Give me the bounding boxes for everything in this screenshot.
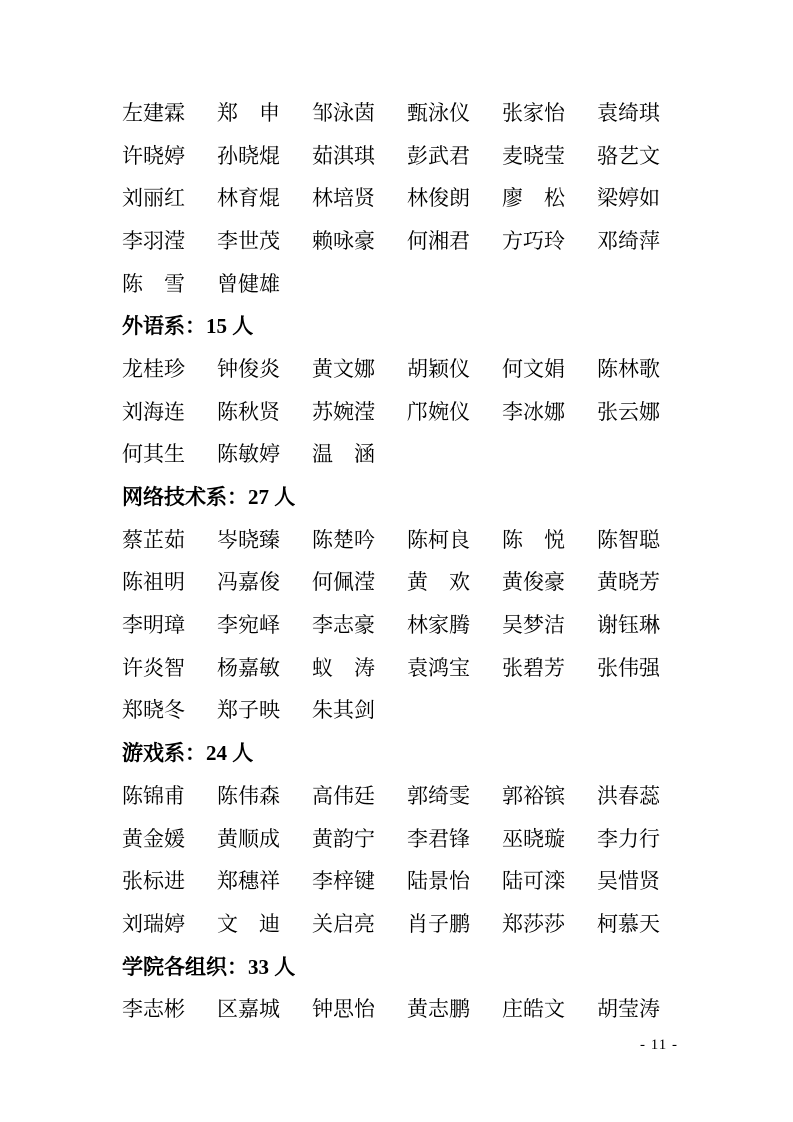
person-name: 钟俊炎 [217, 359, 280, 380]
person-name: 高伟廷 [312, 786, 375, 807]
person-name: 茹淇琪 [312, 146, 375, 167]
person-name: 关启亮 [312, 914, 375, 935]
person-name: 何湘君 [407, 231, 470, 252]
person-name: 袁绮琪 [597, 103, 660, 124]
name-row: 刘丽红林育焜林培贤林俊朗廖 松梁婷如 [122, 177, 682, 220]
person-name: 张伟强 [597, 658, 660, 679]
name-row: 刘海连陈秋贤苏婉滢邝婉仪李冰娜张云娜 [122, 391, 682, 434]
person-name: 区嘉城 [217, 999, 280, 1020]
person-name: 郭裕镔 [502, 786, 565, 807]
person-name: 李志豪 [312, 615, 375, 636]
person-name: 麦晓莹 [502, 146, 565, 167]
person-name: 陈祖明 [122, 572, 185, 593]
person-name: 郑子映 [217, 700, 280, 721]
name-row: 左建霖郑 申邹泳茵甄泳仪张家怡袁绮琪 [122, 92, 682, 135]
person-name: 林培贤 [312, 188, 375, 209]
person-name: 邓绮萍 [597, 231, 660, 252]
person-name: 李力行 [597, 829, 660, 850]
person-name: 何文娟 [502, 359, 565, 380]
person-name: 张标进 [122, 871, 185, 892]
person-name: 许炎智 [122, 658, 185, 679]
person-name: 李冰娜 [502, 402, 565, 423]
person-name: 黄晓芳 [597, 572, 660, 593]
person-name: 蚁 涛 [312, 658, 375, 679]
name-row: 龙桂珍钟俊炎黄文娜胡颖仪何文娟陈林歌 [122, 348, 682, 391]
person-name: 陆景怡 [407, 871, 470, 892]
person-name: 胡莹涛 [597, 999, 660, 1020]
name-row: 黄金媛黄顺成黄韵宁李君锋巫晓璇李力行 [122, 818, 682, 861]
section-header-line: 游戏系：24 人 [122, 732, 682, 775]
person-name: 黄志鹏 [407, 999, 470, 1020]
person-name: 许晓婷 [122, 146, 185, 167]
person-name: 庄皓文 [502, 999, 565, 1020]
person-name: 张云娜 [597, 402, 660, 423]
person-name: 钟思怡 [312, 999, 375, 1020]
name-row: 陈祖明冯嘉俊何佩滢黄 欢黄俊豪黄晓芳 [122, 562, 682, 605]
person-name: 廖 松 [502, 188, 565, 209]
person-name: 刘海连 [122, 402, 185, 423]
person-name: 柯慕天 [597, 914, 660, 935]
person-name: 李明璋 [122, 615, 185, 636]
person-name: 肖子鹏 [407, 914, 470, 935]
person-name: 郑穗祥 [217, 871, 280, 892]
person-name: 郑晓冬 [122, 700, 185, 721]
person-name: 黄俊豪 [502, 572, 565, 593]
person-name: 曾健雄 [217, 274, 280, 295]
person-name: 陈敏婷 [217, 444, 280, 465]
person-name: 陆可滦 [502, 871, 565, 892]
name-row: 陈 雪曾健雄 [122, 263, 682, 306]
person-name: 龙桂珍 [122, 359, 185, 380]
person-name: 张家怡 [502, 103, 565, 124]
section-header: 学院各组织：33 人 [122, 957, 295, 978]
name-row: 郑晓冬郑子映朱其剑 [122, 690, 682, 733]
person-name: 洪春蕊 [597, 786, 660, 807]
person-name: 林家腾 [407, 615, 470, 636]
name-row: 张标进郑穗祥李梓键陆景怡陆可滦吴惜贤 [122, 860, 682, 903]
name-row: 许晓婷孙晓焜茹淇琪彭武君麦晓莹骆艺文 [122, 135, 682, 178]
name-row: 李羽滢李世茂赖咏豪何湘君方巧玲邓绮萍 [122, 220, 682, 263]
person-name: 陈 雪 [122, 274, 185, 295]
person-name: 甄泳仪 [407, 103, 470, 124]
name-row: 何其生陈敏婷温 涵 [122, 434, 682, 477]
person-name: 吴梦洁 [502, 615, 565, 636]
person-name: 陈秋贤 [217, 402, 280, 423]
person-name: 刘丽红 [122, 188, 185, 209]
section-header: 网络技术系：27 人 [122, 487, 295, 508]
person-name: 杨嘉敏 [217, 658, 280, 679]
person-name: 文 迪 [217, 914, 280, 935]
person-name: 陈 悦 [502, 530, 565, 551]
person-name: 李志彬 [122, 999, 185, 1020]
person-name: 李君锋 [407, 829, 470, 850]
page-number: - 11 - [640, 1038, 678, 1053]
person-name: 温 涵 [312, 444, 375, 465]
person-name: 李羽滢 [122, 231, 185, 252]
person-name: 李世茂 [217, 231, 280, 252]
person-name: 胡颖仪 [407, 359, 470, 380]
person-name: 苏婉滢 [312, 402, 375, 423]
section-header-line: 网络技术系：27 人 [122, 476, 682, 519]
person-name: 邝婉仪 [407, 402, 470, 423]
person-name: 李梓键 [312, 871, 375, 892]
person-name: 吴惜贤 [597, 871, 660, 892]
person-name: 陈楚吟 [312, 530, 375, 551]
person-name: 黄 欢 [407, 572, 470, 593]
person-name: 黄金媛 [122, 829, 185, 850]
person-name: 黄顺成 [217, 829, 280, 850]
name-row: 李志彬区嘉城钟思怡黄志鹏庄皓文胡莹涛 [122, 988, 682, 1031]
person-name: 郑莎莎 [502, 914, 565, 935]
person-name: 蔡芷茹 [122, 530, 185, 551]
person-name: 李宛峄 [217, 615, 280, 636]
person-name: 刘瑞婷 [122, 914, 185, 935]
section-header-line: 外语系：15 人 [122, 305, 682, 348]
person-name: 陈林歌 [597, 359, 660, 380]
person-name: 梁婷如 [597, 188, 660, 209]
name-row: 刘瑞婷文 迪关启亮肖子鹏郑莎莎柯慕天 [122, 903, 682, 946]
person-name: 陈智聪 [597, 530, 660, 551]
person-name: 何其生 [122, 444, 185, 465]
person-name: 赖咏豪 [312, 231, 375, 252]
person-name: 陈柯良 [407, 530, 470, 551]
person-name: 黄文娜 [312, 359, 375, 380]
person-name: 彭武君 [407, 146, 470, 167]
person-name: 巫晓璇 [502, 829, 565, 850]
person-name: 岑晓臻 [217, 530, 280, 551]
person-name: 冯嘉俊 [217, 572, 280, 593]
person-name: 袁鸿宝 [407, 658, 470, 679]
person-name: 郭绮雯 [407, 786, 470, 807]
person-name: 方巧玲 [502, 231, 565, 252]
name-row: 李明璋李宛峄李志豪林家腾吴梦洁谢钰琳 [122, 604, 682, 647]
person-name: 林育焜 [217, 188, 280, 209]
name-roster: 左建霖郑 申邹泳茵甄泳仪张家怡袁绮琪许晓婷孙晓焜茹淇琪彭武君麦晓莹骆艺文刘丽红林… [122, 92, 682, 1031]
document-page: 左建霖郑 申邹泳茵甄泳仪张家怡袁绮琪许晓婷孙晓焜茹淇琪彭武君麦晓莹骆艺文刘丽红林… [0, 0, 793, 1122]
person-name: 邹泳茵 [312, 103, 375, 124]
section-header: 外语系：15 人 [122, 316, 253, 337]
person-name: 黄韵宁 [312, 829, 375, 850]
person-name: 郑 申 [217, 103, 280, 124]
person-name: 陈锦甫 [122, 786, 185, 807]
person-name: 林俊朗 [407, 188, 470, 209]
name-row: 陈锦甫陈伟森高伟廷郭绮雯郭裕镔洪春蕊 [122, 775, 682, 818]
person-name: 张碧芳 [502, 658, 565, 679]
section-header: 游戏系：24 人 [122, 743, 253, 764]
person-name: 谢钰琳 [597, 615, 660, 636]
person-name: 何佩滢 [312, 572, 375, 593]
person-name: 骆艺文 [597, 146, 660, 167]
person-name: 陈伟森 [217, 786, 280, 807]
section-header-line: 学院各组织：33 人 [122, 946, 682, 989]
person-name: 孙晓焜 [217, 146, 280, 167]
name-row: 许炎智杨嘉敏蚁 涛袁鸿宝张碧芳张伟强 [122, 647, 682, 690]
person-name: 朱其剑 [312, 700, 375, 721]
person-name: 左建霖 [122, 103, 185, 124]
name-row: 蔡芷茹岑晓臻陈楚吟陈柯良陈 悦陈智聪 [122, 519, 682, 562]
